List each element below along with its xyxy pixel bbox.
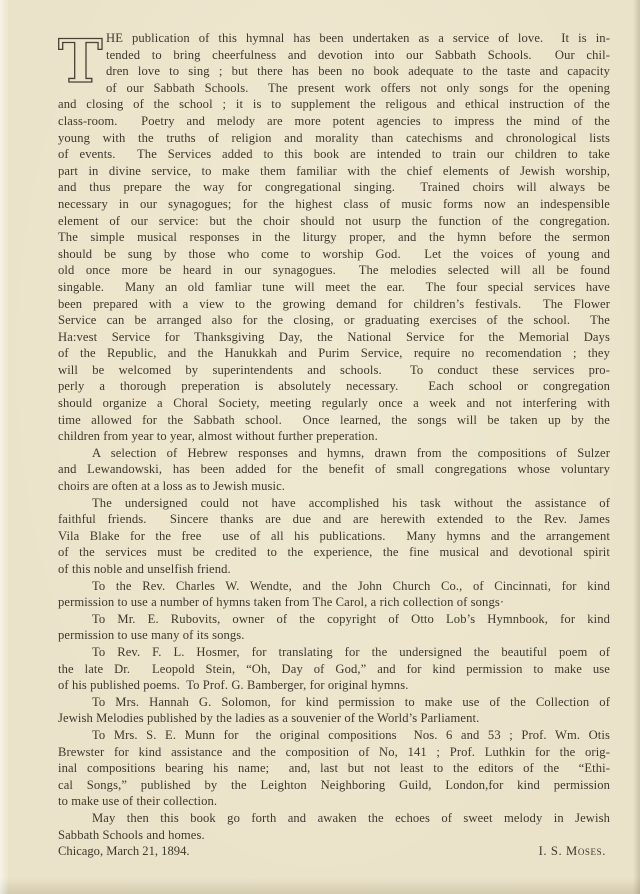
text-line: young with the truths of religion and mo…: [58, 130, 610, 147]
paragraph: May then this book go forth and awaken t…: [58, 810, 610, 843]
paragraph: To the Rev. Charles W. Wendte, and the J…: [58, 578, 610, 611]
scanned-book-page: THE publication of this hymnal has been …: [0, 0, 640, 894]
text-block: THE publication of this hymnal has been …: [58, 30, 610, 843]
text-line: dren love to sing ; but there has been n…: [58, 63, 610, 80]
text-line: should be sung by those who come to wors…: [58, 246, 610, 263]
text-line: A selection of Hebrew responses and hymn…: [58, 445, 610, 462]
text-line: and Lewandowski, has been added for the …: [58, 461, 610, 478]
text-line: class-room. Poetry and melody are more p…: [58, 113, 610, 130]
text-line: May then this book go forth and awaken t…: [58, 810, 610, 827]
text-line: and closing of the school ; it is to sup…: [58, 96, 610, 113]
text-line: To the Rev. Charles W. Wendte, and the J…: [58, 578, 610, 595]
text-line: singable. Many an old famliar tune will …: [58, 279, 610, 296]
text-line: permission to use many of its songs.: [58, 627, 610, 644]
text-line: old once more be heard in our synagogues…: [58, 262, 610, 279]
text-line: perly a thorough preperation is absolute…: [58, 378, 610, 395]
text-line: Sabbath Schools and homes.: [58, 827, 610, 844]
text-line: Vila Blake for the free use of all his p…: [58, 528, 610, 545]
text-line: of the services must be credited to the …: [58, 544, 610, 561]
text-line: to make use of their collection.: [58, 793, 610, 810]
text-line: should organize a Choral Society, meetin…: [58, 395, 610, 412]
text-line: Service can be arranged also for the clo…: [58, 312, 610, 329]
paragraph: A selection of Hebrew responses and hymn…: [58, 445, 610, 495]
text-line: part in divine service, to make them fam…: [58, 163, 610, 180]
text-line: of events. The Services added to this bo…: [58, 146, 610, 163]
paragraph: To Mr. E. Rubovits, owner of the copyrig…: [58, 611, 610, 644]
text-line: To Mrs. Hannah G. Solomon, for kind perm…: [58, 694, 610, 711]
text-line: inal compositions bearing his name; and,…: [58, 760, 610, 777]
text-line: cal Songs,” published by the Leighton Ne…: [58, 777, 610, 794]
text-line: HE publication of this hymnal has been u…: [58, 30, 610, 47]
footer-row: Chicago, March 21, 1894. I. S. Moses.: [58, 843, 610, 860]
text-line: To Mrs. S. E. Munn for the original comp…: [58, 727, 610, 744]
text-line: faithful friends. Sincere thanks are due…: [58, 511, 610, 528]
text-line: of the Republic, and the Hanukkah and Pu…: [58, 345, 610, 362]
text-line: Jewish Melodies published by the ladies …: [58, 710, 610, 727]
paragraph: THE publication of this hymnal has been …: [58, 30, 610, 445]
text-line: children from year to year, almost witho…: [58, 428, 610, 445]
paragraph: To Rev. F. L. Hosmer, for translating fo…: [58, 644, 610, 694]
text-line: element of our service: but the choir sh…: [58, 213, 610, 230]
text-line: The undersigned could not have accomplis…: [58, 495, 610, 512]
text-line: tended to bring cheerfulness and devotio…: [58, 47, 610, 64]
text-line: choirs are often at a loss as to Jewish …: [58, 478, 610, 495]
text-line: necessary in our synagogues; for the hig…: [58, 196, 610, 213]
text-line: been prepared with a view to the growing…: [58, 296, 610, 313]
text-line: To Mr. E. Rubovits, owner of the copyrig…: [58, 611, 610, 628]
text-line: Ha:vest Service for Thanksgiving Day, th…: [58, 329, 610, 346]
text-line: The simple musical responses in the litu…: [58, 229, 610, 246]
text-line: permission to use a number of hymns take…: [58, 594, 610, 611]
text-line: of his published poems. To Prof. G. Bamb…: [58, 677, 610, 694]
text-line: Brewster for kind assistance and the com…: [58, 744, 610, 761]
author-signature: I. S. Moses.: [539, 843, 606, 860]
text-line: the late Dr. Leopold Stein, “Oh, Day of …: [58, 661, 610, 678]
text-line: To Rev. F. L. Hosmer, for translating fo…: [58, 644, 610, 661]
text-line: and thus prepare the way for congregatio…: [58, 179, 610, 196]
drop-cap-letter: T: [58, 32, 102, 96]
paragraph: The undersigned could not have accomplis…: [58, 495, 610, 578]
text-line: will be welcomed by superintendents and …: [58, 362, 610, 379]
text-line: of our Sabbath Schools. The present work…: [58, 80, 610, 97]
paragraph: To Mrs. S. E. Munn for the original comp…: [58, 727, 610, 810]
text-line: of this noble and unselfish friend.: [58, 561, 610, 578]
dateline: Chicago, March 21, 1894.: [58, 843, 190, 860]
text-line: time allowed for the Sabbath school. Onc…: [58, 412, 610, 429]
paragraph: To Mrs. Hannah G. Solomon, for kind perm…: [58, 694, 610, 727]
